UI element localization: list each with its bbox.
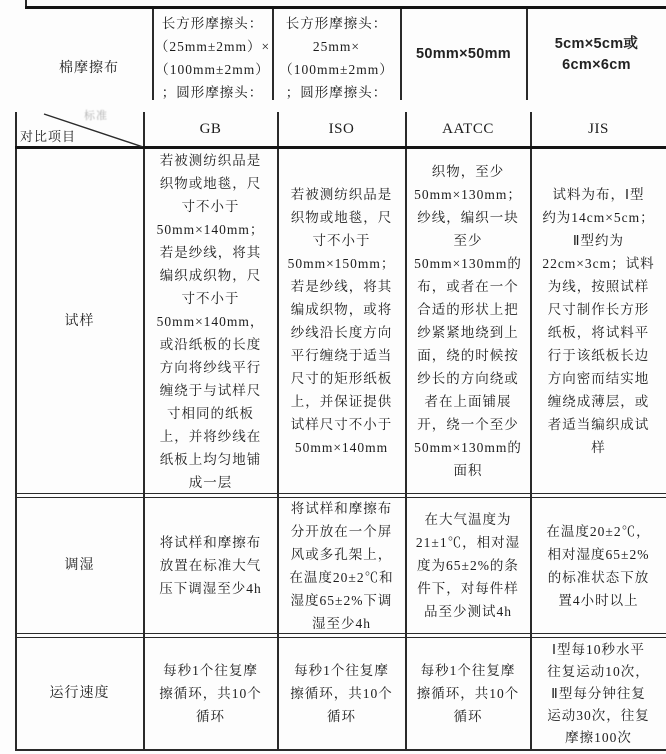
cell-specimen-gb: 若被测纺织品是 织物或地毯，尺 寸不小于 50mm×140mm； 若是纱线，将其… <box>144 149 277 493</box>
header-col-iso: ISO <box>278 112 405 146</box>
cell-cotton-cloth-aatcc: 50mm×50mm <box>401 9 526 100</box>
cell-conditioning-iso: 将试样和摩擦布 分开放在一个屏 风或多孔架上， 在温度20±2℃和 湿度65±2… <box>278 498 405 633</box>
document-page: 棉摩擦布 长方形摩擦头： （25mm±2mm）× （100mm±2mm） ；圆形… <box>0 0 666 754</box>
cell-running-speed-iso: 每秒1个往复摩 擦循环，共10个 循环 <box>278 638 405 749</box>
header-corner-compare-item-label: 对比项目 <box>20 126 76 145</box>
cell-running-speed-aatcc: 每秒1个往复摩 擦循环，共10个 循环 <box>406 638 530 749</box>
row-label-cotton-rubbing-cloth: 棉摩擦布 <box>26 9 152 100</box>
cell-cotton-cloth-jis: 5cm×5cm或 6cm×6cm <box>527 9 666 100</box>
table-bottom-border <box>15 749 666 751</box>
cell-cotton-cloth-iso: 长方形摩擦头： 25mm× （100mm±2mm） ；圆形摩擦头： <box>273 9 400 101</box>
cell-running-speed-jis: Ⅰ型每10秒水平 往复运动10次， Ⅱ型每分钟往复 运动30次，往复 摩擦100… <box>531 638 666 749</box>
cell-cotton-cloth-gb: 长方形摩擦头： （25mm±2mm）× （100mm±2mm） ；圆形摩擦头： <box>153 9 272 101</box>
header-corner-standard-label: 标准 <box>84 107 108 123</box>
cell-conditioning-jis: 在温度20±2℃， 相对湿度65±2% 的标准状态下放 置4小时以上 <box>531 498 666 633</box>
cell-running-speed-gb: 每秒1个往复摩 擦循环，共10个 循环 <box>144 638 277 749</box>
cell-specimen-jis: 试料为布，Ⅰ型 约为14cm×5cm； Ⅱ型约为 22cm×3cm；试料 为线，… <box>531 149 666 493</box>
cell-conditioning-aatcc: 在大气温度为 21±1℃，相对湿 度为65±2%的条 件下，对每件样 品至少测试… <box>406 498 530 633</box>
header-col-jis: JIS <box>531 112 666 146</box>
row-label-conditioning: 调湿 <box>16 498 143 633</box>
row-label-running-speed: 运行速度 <box>16 638 143 749</box>
header-col-gb: GB <box>144 112 277 146</box>
header-col-aatcc: AATCC <box>406 112 530 146</box>
row-label-specimen: 试样 <box>16 149 143 493</box>
cell-conditioning-gb: 将试样和摩擦布 放置在标准大气 压下调湿至少4h <box>144 498 277 633</box>
cell-specimen-iso: 若被测纺织品是 织物或地毯，尺 寸不小于 50mm×150mm； 若是纱线，将其… <box>278 149 405 493</box>
cell-specimen-aatcc: 织物，至少 50mm×130mm； 纱线，编织一块 至少 50mm×130mm的… <box>406 149 530 493</box>
